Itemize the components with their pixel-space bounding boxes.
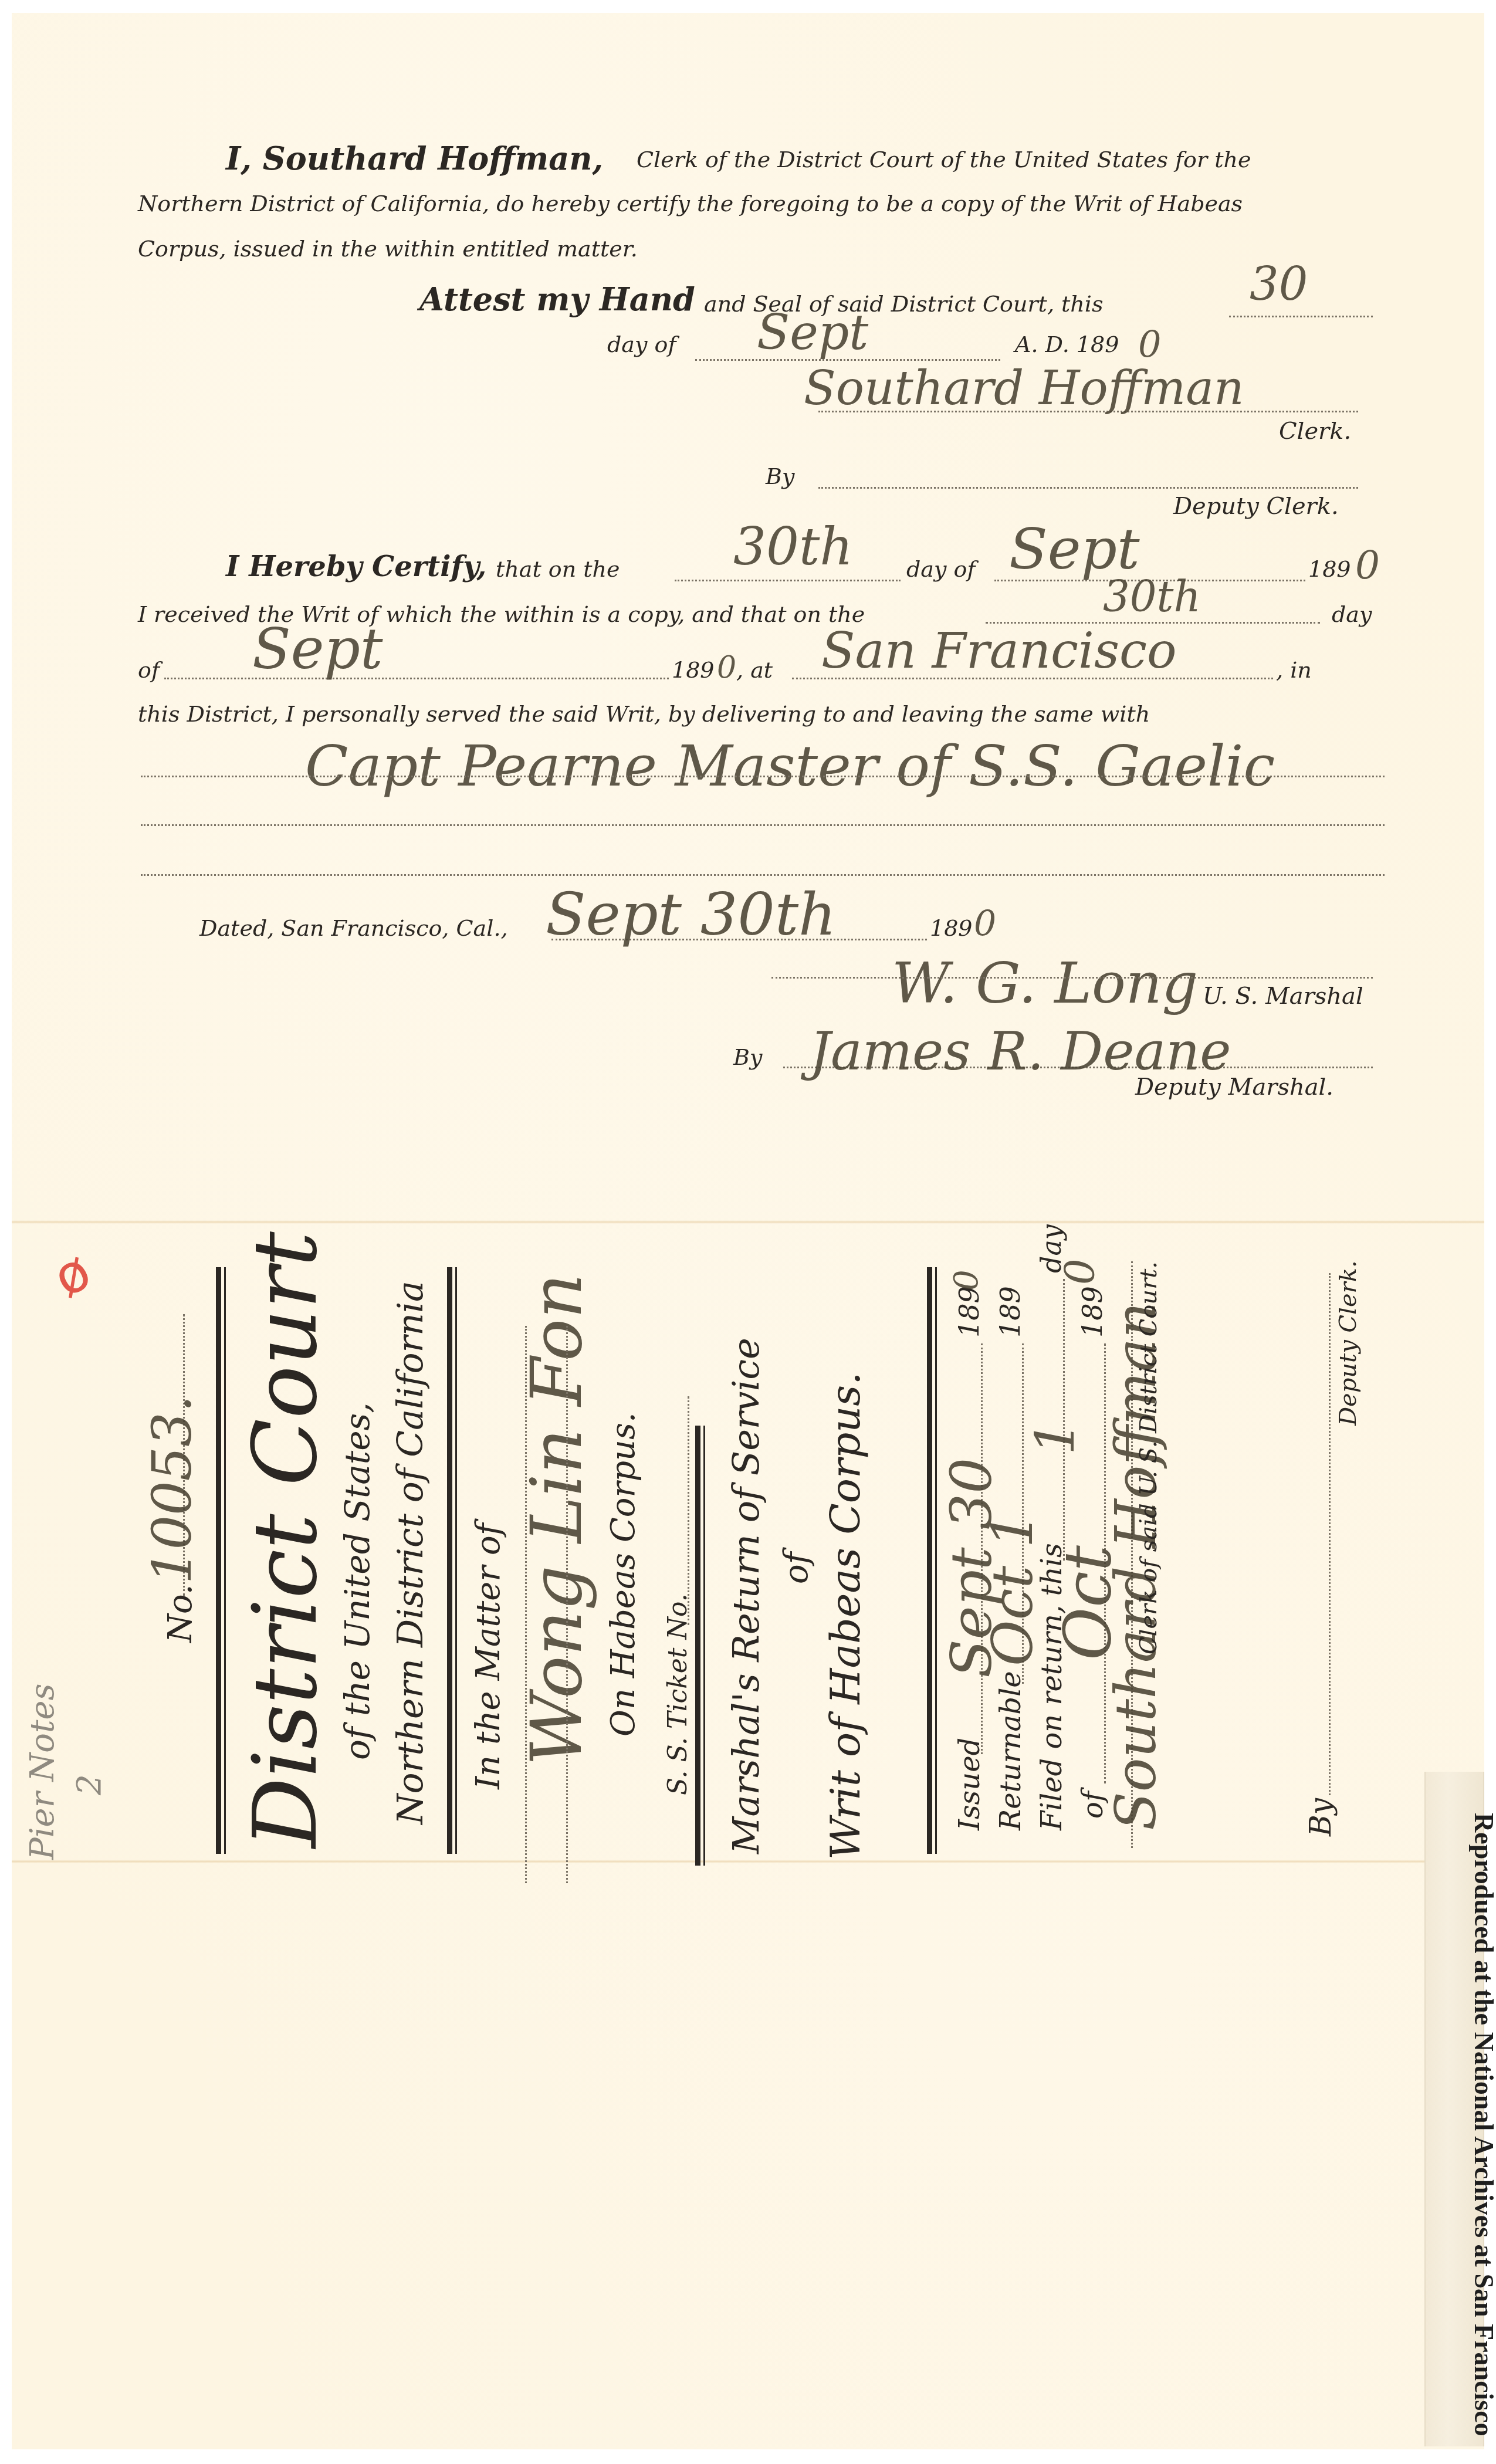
- pencil-note-2: 2: [70, 1774, 109, 1795]
- fold-line-upper: [12, 1220, 1484, 1224]
- dated-label: Dated, San Francisco, Cal.,: [199, 915, 508, 941]
- docket-matter-value: Wong Lin Fon: [516, 1274, 598, 1766]
- ad-year-value: 0: [1138, 323, 1161, 365]
- day-of-month: Sept: [757, 305, 868, 361]
- attest-day-value: 30: [1250, 258, 1308, 311]
- docket-issued-year: 189: [953, 1286, 985, 1338]
- day-of-label-2: day of: [906, 556, 975, 582]
- docket-court-sub1: of the United States,: [337, 1402, 377, 1760]
- docket-return-title-2: of: [777, 1552, 815, 1584]
- served-person-line: [141, 776, 1385, 777]
- docket-no-label: No.: [161, 1584, 199, 1643]
- docket-deputy-line: [1329, 1273, 1331, 1795]
- deputy-clerk-line: [818, 487, 1358, 489]
- clerk-signature: Southard Hoffman: [804, 361, 1244, 415]
- docket-returnable-label: Returnable: [994, 1671, 1027, 1830]
- served-person-value: Capt Pearne Master of S.S. Gaelic: [305, 733, 1275, 799]
- place-value: San Francisco: [821, 622, 1177, 679]
- docket-rule-1a: [216, 1267, 221, 1854]
- that-on-the-label: that on the: [496, 556, 620, 582]
- docket-rule-4b: [935, 1267, 937, 1854]
- docket-rule-1b: [224, 1267, 226, 1854]
- dated-year-text: 189: [930, 915, 973, 941]
- received-year-value: 0: [1355, 543, 1380, 588]
- clerk-label: Clerk.: [1279, 418, 1351, 445]
- docket-return-title-1: Marshal's Return of Service: [725, 1338, 767, 1854]
- marshal-signature-line: [771, 977, 1373, 979]
- docket-rule-4a: [927, 1267, 932, 1854]
- docket-rule-2a: [447, 1267, 452, 1854]
- docket-matter-line-1: [525, 1326, 527, 1883]
- in-label: , in: [1276, 657, 1312, 683]
- dated-value: Sept 30th: [546, 880, 837, 949]
- docket-ticket-line: [688, 1396, 689, 1625]
- served-year-text: 189: [672, 657, 715, 683]
- served-month-value: Sept: [252, 616, 383, 682]
- docket-rule-3b: [703, 1426, 705, 1866]
- docket-filed-day-value: 1: [1024, 1420, 1087, 1455]
- attest-lead: Attest my Hand: [419, 280, 695, 318]
- docket-court-title: District Court: [235, 1231, 337, 1848]
- certificate-line-1: Clerk of the District Court of the Unite…: [637, 147, 1251, 172]
- attest-day-line: [1229, 316, 1373, 317]
- received-day-line: [675, 580, 901, 581]
- document-page: [12, 13, 1484, 2449]
- blank-line-1: [141, 824, 1385, 826]
- docket-matter-line-2: [566, 1326, 568, 1883]
- docket-deputy-clerk-label: Deputy Clerk.: [1335, 1260, 1362, 1426]
- of-label: of: [138, 657, 160, 683]
- served-month-line: [164, 678, 669, 679]
- received-year-prefix: 189: [1308, 556, 1351, 582]
- return-lead: I Hereby Certify,: [226, 550, 486, 583]
- docket-rule-2b: [455, 1267, 457, 1854]
- docket-rule-3a: [695, 1426, 700, 1866]
- by-label-marshal: By: [733, 1044, 762, 1070]
- return-line-2: I received the Writ of which the within …: [138, 601, 865, 627]
- day-label: day: [1332, 601, 1372, 627]
- ad-label: A. D. 189: [1015, 331, 1119, 357]
- return-line-4: this District, I personally served the s…: [138, 701, 1150, 727]
- by-label: By: [766, 463, 794, 489]
- docket-issued-year-value: 0: [947, 1270, 986, 1291]
- docket-clerk-label: Clerk of said U. S. District Court.: [1135, 1261, 1162, 1654]
- docket-filed-day-line: [1063, 1279, 1065, 1561]
- docket-court-sub2: Northern District of California: [390, 1281, 431, 1825]
- marshal-signature: W. G. Long: [892, 950, 1198, 1016]
- marshal-label: U. S. Marshal: [1203, 983, 1363, 1010]
- blank-line-2: [141, 874, 1385, 876]
- docket-matter-label: In the Matter of: [469, 1524, 507, 1789]
- day-of-label: day of: [607, 331, 676, 357]
- certificate-lead: I, Southard Hoffman,: [226, 140, 603, 177]
- served-day-value: 30th: [1103, 572, 1201, 621]
- docket-on-habeas: On Habeas Corpus.: [604, 1412, 642, 1737]
- docket-by-label: By: [1304, 1798, 1338, 1836]
- at-label: , at: [736, 657, 773, 683]
- dated-year-value: 0: [974, 903, 996, 945]
- pencil-note-1: Pier Notes: [23, 1684, 62, 1860]
- docket-filed-year-value: 0: [1056, 1258, 1104, 1285]
- certificate-line-2: Northern District of California, do here…: [138, 191, 1243, 216]
- docket-returnable-year: 189: [994, 1286, 1026, 1338]
- docket-no-value: 10053.: [141, 1395, 204, 1584]
- archive-stamp-text: Reproduced at the National Archives at S…: [1468, 1813, 1496, 2436]
- deputy-clerk-label: Deputy Clerk.: [1173, 493, 1339, 520]
- certificate-line-3: Corpus, issued in the within entitled ma…: [138, 236, 638, 262]
- received-day-value: 30th: [733, 516, 853, 577]
- docket-return-title-3: Writ of Habeas Corpus.: [821, 1372, 869, 1860]
- deputy-marshal-label: Deputy Marshal.: [1135, 1074, 1333, 1101]
- served-year-value: 0: [717, 650, 736, 685]
- fold-line-lower: [12, 1860, 1484, 1863]
